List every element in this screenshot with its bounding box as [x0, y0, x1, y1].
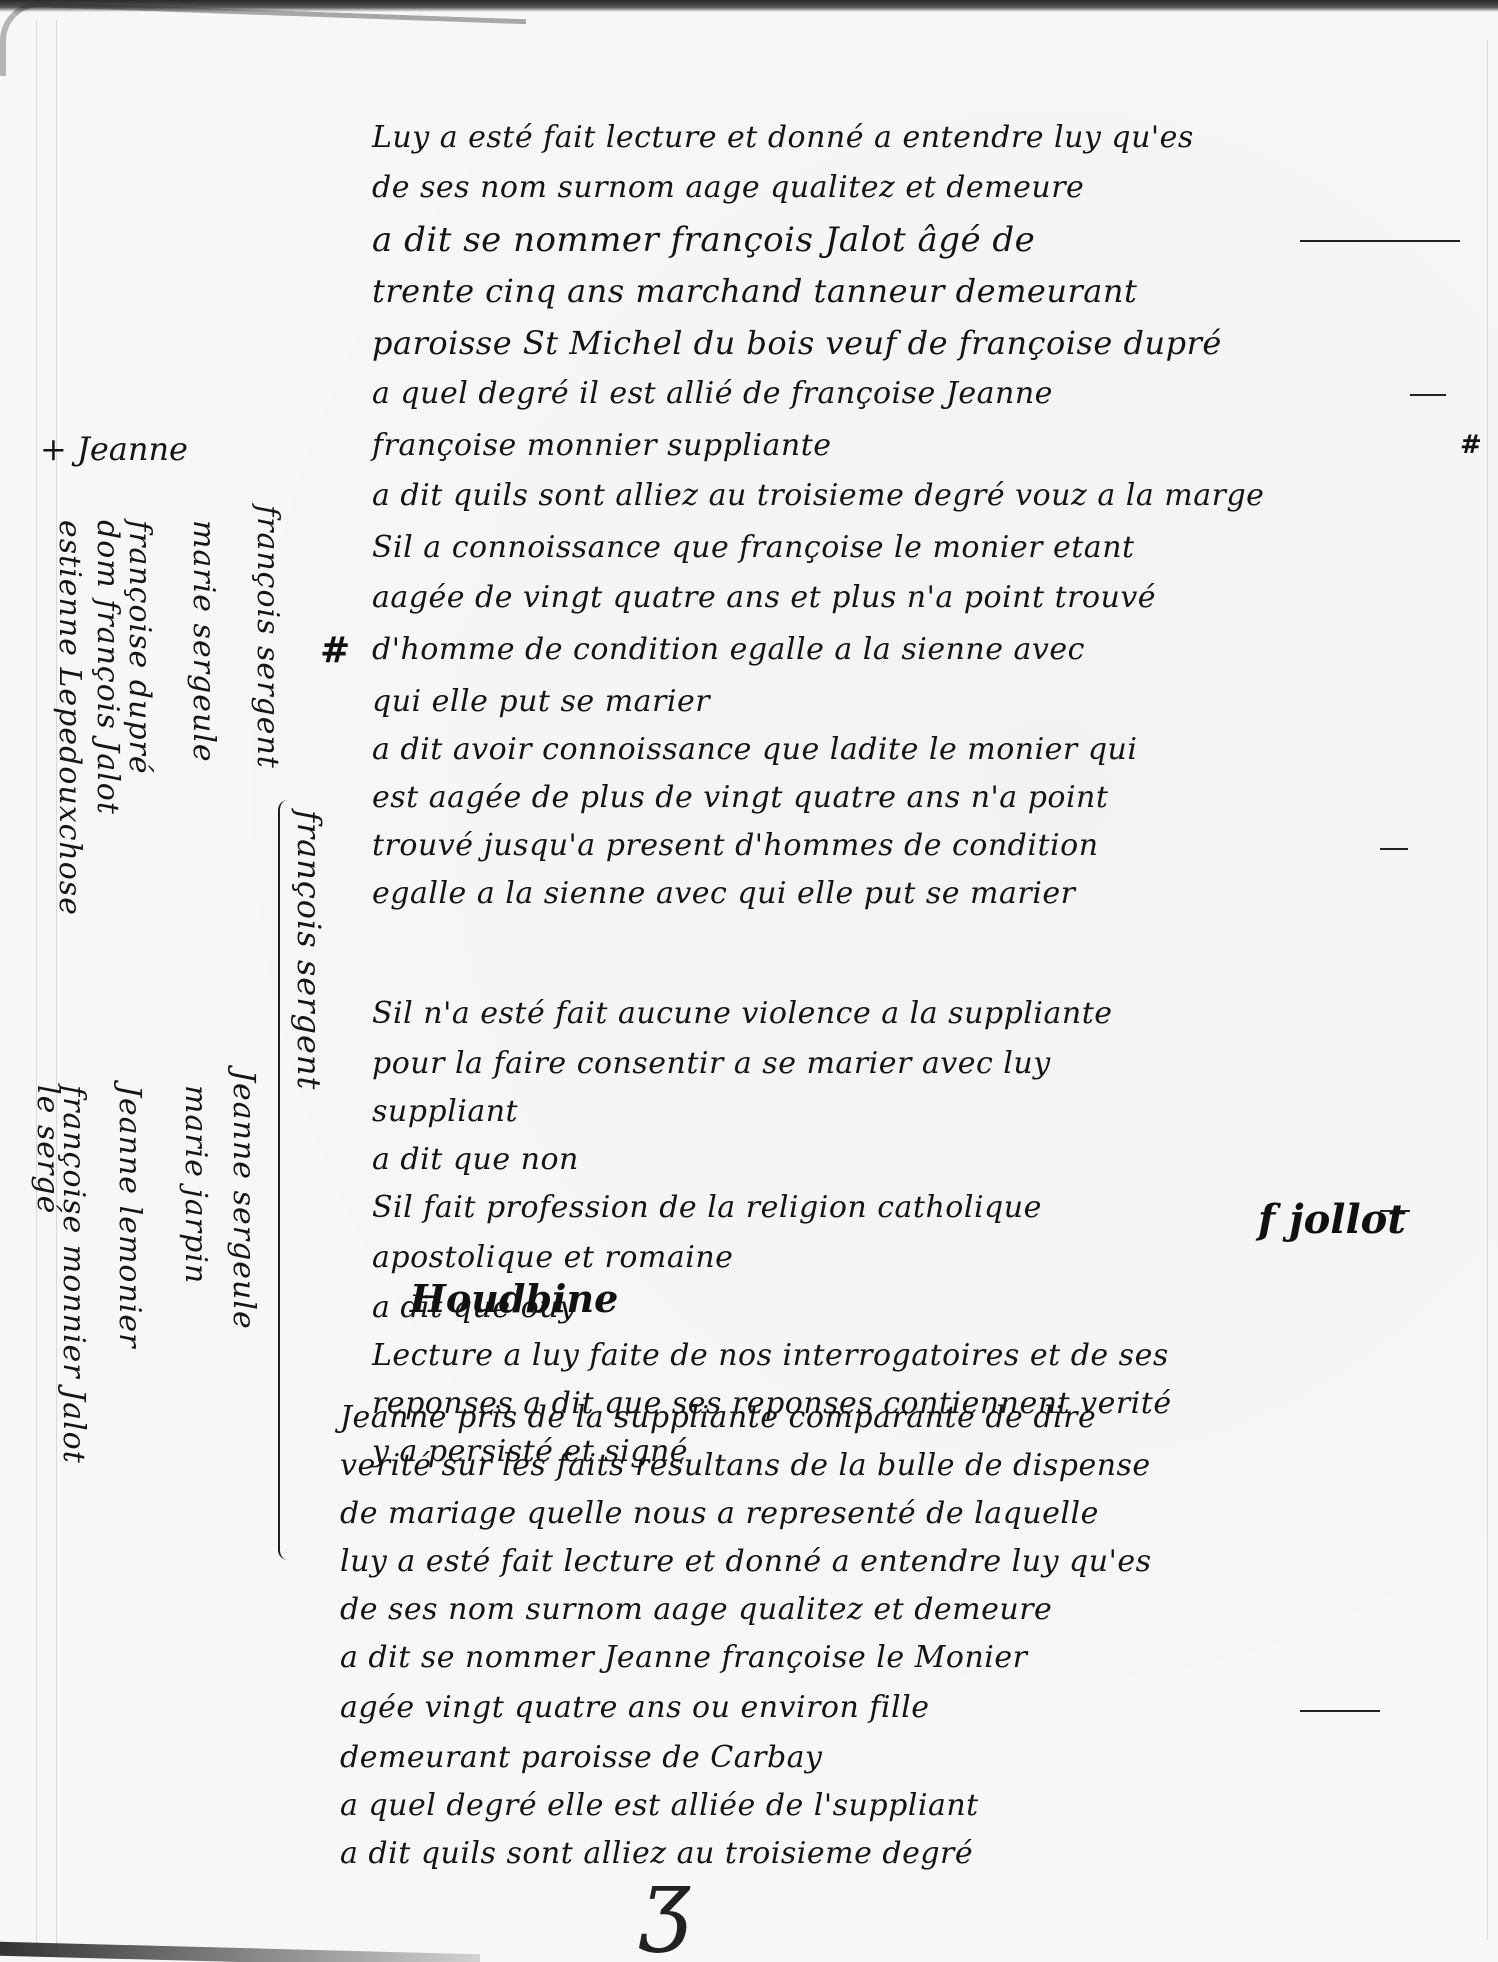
text-line: trente cinq ans marchand tanneur demeura… [372, 272, 1137, 310]
line-filler-dash [1300, 1710, 1380, 1712]
text-line: a quel degré il est allié de françoise J… [372, 376, 1053, 411]
scan-bottom-edge [0, 1942, 480, 1962]
margin-name: dom françois Jalot [90, 520, 125, 815]
margin-name: estienne Lepedouxchose [52, 520, 87, 916]
text-line: a dit se nommer Jeanne françoise le Moni… [340, 1640, 1027, 1675]
text-line: a quel degré elle est alliée de l'suppli… [340, 1788, 979, 1823]
line-filler-dash [1380, 848, 1408, 850]
margin-rule-1 [36, 20, 37, 1950]
text-line: aagée de vingt quatre ans et plus n'a po… [372, 580, 1156, 615]
margin-heading: + Jeanne [40, 430, 188, 468]
text-line: a dit quils sont alliez au troisieme deg… [372, 478, 1264, 513]
text-line: Luy a esté fait lecture et donné a enten… [372, 120, 1194, 155]
margin-name: marie jarpin [178, 1085, 213, 1284]
text-line: demeurant paroisse de Carbay [340, 1740, 823, 1775]
text-line: verité sur les faits resultans de la bul… [340, 1448, 1151, 1483]
text-line: de ses nom surnom aage qualitez et demeu… [340, 1592, 1052, 1627]
text-line: qui elle put se marier [372, 684, 710, 719]
text-line: de ses nom surnom aage qualitez et demeu… [372, 170, 1084, 205]
margin-name: françois sergent [290, 810, 328, 1090]
text-line: a dit que non [372, 1142, 579, 1177]
margin-name: marie sergeule [186, 520, 221, 763]
text-line: Sil n'a esté fait aucune violence a la s… [372, 996, 1113, 1031]
text-line: trouvé jusqu'a present d'hommes de condi… [372, 828, 1099, 863]
text-line: egalle a la sienne avec qui elle put se … [372, 876, 1075, 911]
text-line: luy a esté fait lecture et donné a enten… [340, 1544, 1151, 1579]
margin-name: Jeanne lemonier [112, 1085, 147, 1348]
line-filler-dash [1410, 394, 1446, 396]
text-line: Sil fait profession de la religion catho… [372, 1190, 1042, 1225]
text-line: paroisse St Michel du bois veuf de franç… [372, 324, 1222, 362]
text-line: de mariage quelle nous a representé de l… [340, 1496, 1099, 1531]
margin-name: françois sergent [250, 505, 285, 769]
margin-rule-2 [56, 20, 57, 1950]
text-line: agée vingt quatre ans ou environ fille [340, 1690, 929, 1725]
closing-flourish: ʒ [640, 1850, 691, 1955]
right-rule [1487, 40, 1488, 1940]
text-line: a dit avoir connoissance que ladite le m… [372, 732, 1137, 767]
text-line: Jeanne pris de la suppliante comparante … [340, 1400, 1096, 1435]
signature-houdbine: Houdbine [410, 1276, 618, 1321]
signature-jollot: f jollot [1258, 1196, 1406, 1243]
text-line: suppliant [372, 1094, 518, 1129]
text-line: a dit se nommer françois Jalot âgé de [372, 220, 1035, 260]
margin-name: le sergé [30, 1085, 65, 1214]
line-filler-dash [1300, 240, 1460, 242]
manuscript-page: Luy a esté fait lecture et donné a enten… [0, 0, 1498, 1962]
text-line: Lecture a luy faite de nos interrogatoir… [372, 1338, 1169, 1373]
text-line: est aagée de plus de vingt quatre ans n'… [372, 780, 1108, 815]
paper-stain [0, 1, 526, 94]
margin-name: françoise dupré [122, 520, 157, 775]
text-line: Sil a connoissance que françoise le moni… [372, 530, 1135, 565]
text-line: françoise monnier suppliante [372, 428, 832, 463]
hash-mark: # [320, 630, 350, 671]
text-line: d'homme de condition egalle a la sienne … [372, 632, 1085, 667]
text-line: apostolique et romaine [372, 1240, 733, 1275]
text-line: pour la faire consentir a se marier avec… [372, 1046, 1051, 1081]
margin-name: Jeanne sergeule [226, 1070, 261, 1330]
hash-mark: # [1460, 430, 1482, 460]
